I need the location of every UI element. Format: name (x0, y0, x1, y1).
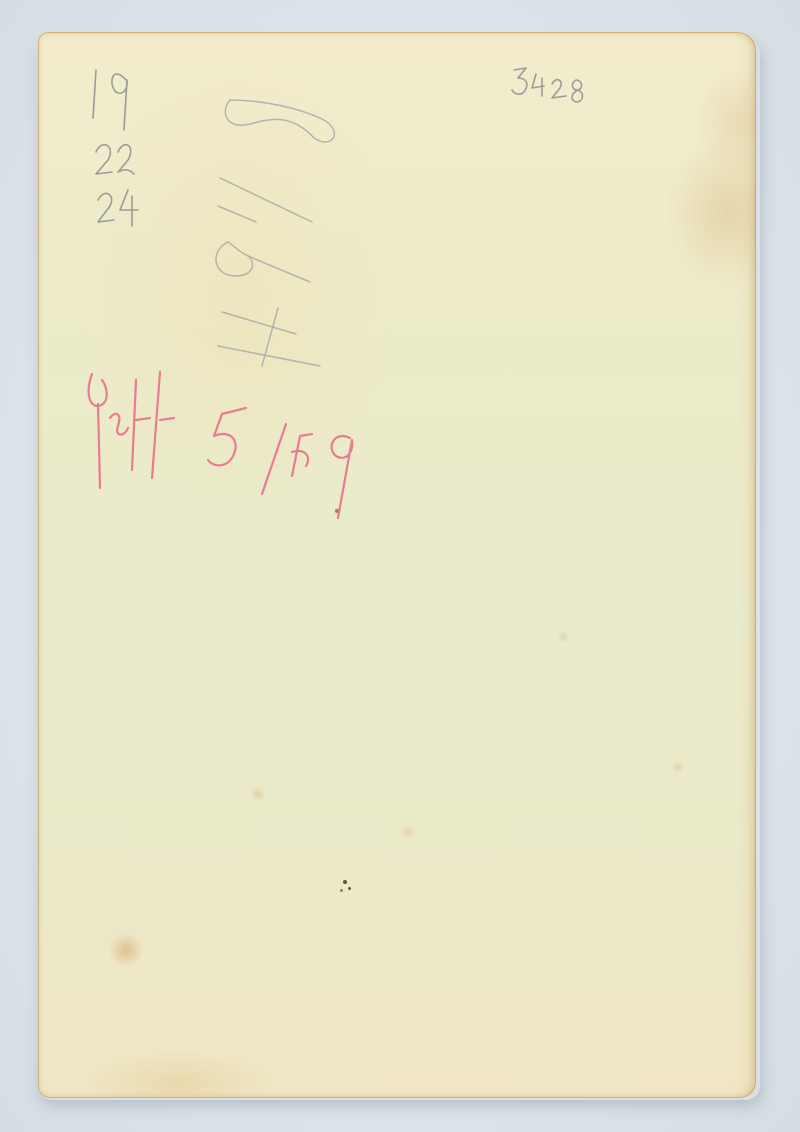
red-crayon-number-5159 (208, 408, 352, 518)
pencil-number-19 (93, 70, 127, 130)
handwriting-layer (0, 0, 800, 1132)
red-crayon-word (89, 372, 174, 488)
pencil-number-24 (98, 190, 138, 226)
pencil-number-22 (96, 145, 134, 174)
pencil-rotated-number-49112 (216, 100, 334, 366)
pencil-number-3428 (512, 68, 583, 102)
